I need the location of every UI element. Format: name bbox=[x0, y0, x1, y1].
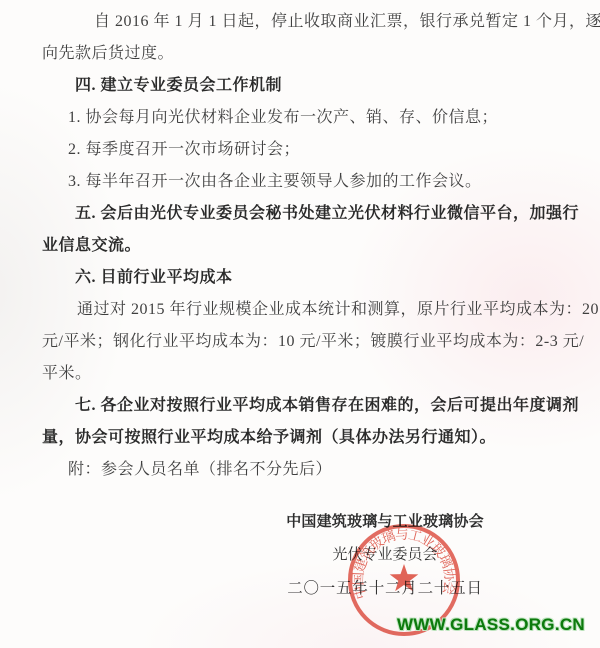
stamp-ring-text: 中国建筑玻璃与工业玻璃协会 bbox=[350, 527, 458, 601]
doc-line: 七. 各企业对按照行业平均成本销售存在困难的，会后可提出年度调剂 bbox=[42, 390, 558, 422]
doc-line: 3. 每半年召开一次由各企业主要领导人参加的工作会议。 bbox=[42, 166, 562, 198]
doc-line: 量，协会可按照行业平均成本给予调剂（具体办法另行通知）。 bbox=[42, 422, 562, 454]
doc-line: 五. 会后由光伏专业委员会秘书处建立光伏材料行业微信平台，加强行 bbox=[42, 198, 558, 230]
doc-line: 自 2016 年 1 月 1 日起，停止收取商业汇票，银行承兑暂定 1 个月，逐… bbox=[42, 6, 562, 38]
doc-line: 平米。 bbox=[42, 358, 562, 390]
doc-line: 通过对 2015 年行业规模企业成本统计和测算，原片行业平均成本为：20 bbox=[42, 294, 558, 326]
doc-line: 2. 每季度召开一次市场研讨会； bbox=[42, 134, 562, 166]
doc-line: 附：参会人员名单（排名不分先后） bbox=[42, 454, 562, 486]
doc-line: 四. 建立专业委员会工作机制 bbox=[42, 70, 562, 102]
footer-website-url: WWW.GLASS.ORG.CN bbox=[397, 615, 585, 635]
document-text-block: 自 2016 年 1 月 1 日起，停止收取商业汇票，银行承兑暂定 1 个月，逐… bbox=[42, 6, 562, 486]
doc-line: 业信息交流。 bbox=[42, 230, 562, 262]
stamp-star-icon bbox=[390, 564, 419, 591]
doc-line: 六. 目前行业平均成本 bbox=[42, 262, 562, 294]
doc-line: 1. 协会每月向光伏材料企业发布一次产、销、存、价信息； bbox=[42, 102, 562, 134]
doc-line: 元/平米；钢化行业平均成本为：10 元/平米；镀膜行业平均成本为：2-3 元/ bbox=[42, 326, 558, 358]
scanned-document-page: 自 2016 年 1 月 1 日起，停止收取商业汇票，银行承兑暂定 1 个月，逐… bbox=[0, 0, 600, 648]
doc-line: 向先款后货过度。 bbox=[42, 38, 562, 70]
